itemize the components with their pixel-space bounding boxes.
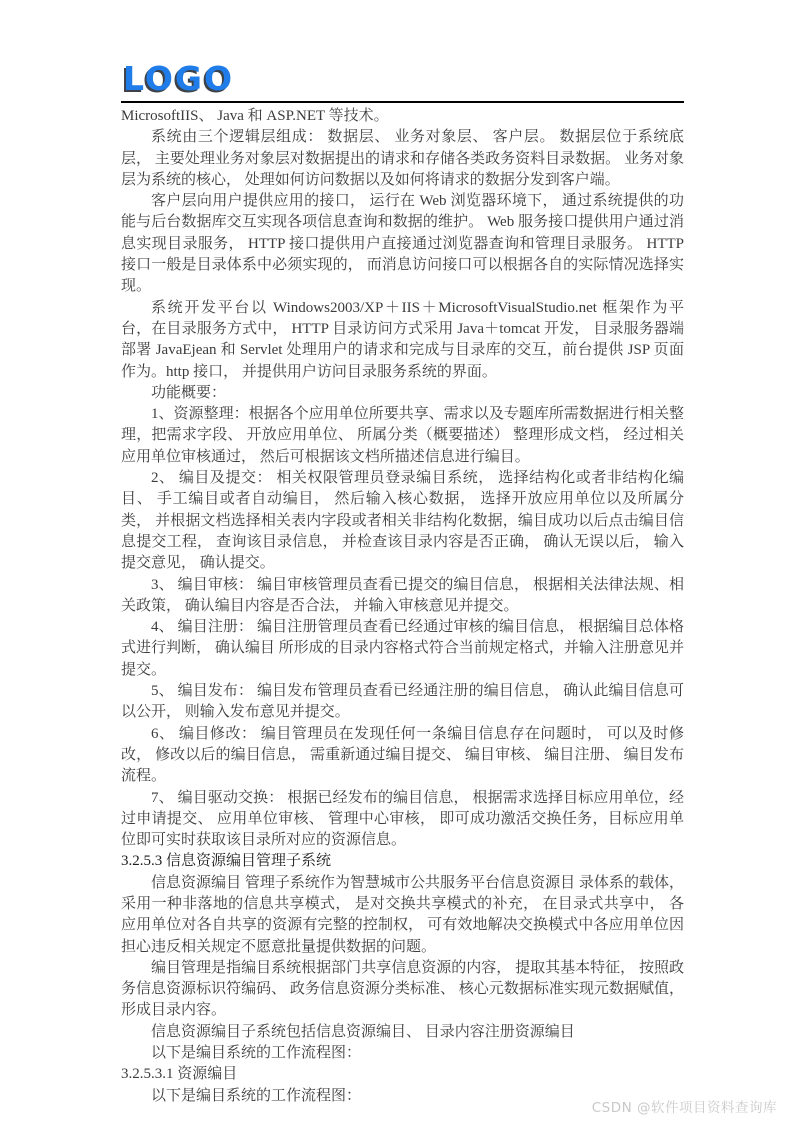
page-header: LOGO bbox=[121, 62, 684, 103]
paragraph-feature-5-catalog-publish: 5、 编目发布： 编目发布管理员查看已经通注册的编目信息， 确认此编目信息可以公… bbox=[121, 681, 684, 724]
paragraph-feature-7-catalog-exchange: 7、 编目驱动交换： 根据已经发布的编目信息， 根据需求选择目标应用单位，经过申… bbox=[121, 788, 684, 852]
header-divider-line bbox=[121, 101, 684, 103]
document-page: LOGO MicrosoftIIS、 Java 和 ASP.NET 等技术。 系… bbox=[0, 0, 800, 1132]
company-logo: LOGO bbox=[121, 62, 684, 95]
paragraph-client-layer: 客户层向用户提供应用的接口， 运行在 Web 浏览器环境下， 通过系统提供的功能… bbox=[121, 191, 684, 297]
section-heading-3-2-5-3-1: 3.2.5.3.1 资源编目 bbox=[121, 1064, 684, 1085]
paragraph-feature-2-catalog-submit: 2、 编目及提交： 相关权限管理员登录编目系统， 选择结构化或者非结构化编目、 … bbox=[121, 468, 684, 574]
paragraph-flowchart-note-1: 以下是编目系统的工作流程图： bbox=[121, 1043, 684, 1064]
paragraph-feature-summary-label: 功能概要： bbox=[121, 383, 684, 404]
watermark-text: CSDN @软件项目资料查询库 bbox=[592, 1100, 777, 1116]
paragraph-feature-1-resource-organize: 1、资源整理：根据各个应用单位所要共享、需求以及专题库所需数据进行相关整理，把需… bbox=[121, 404, 684, 468]
page-content: LOGO MicrosoftIIS、 Java 和 ASP.NET 等技术。 系… bbox=[121, 62, 684, 1107]
paragraph-subsystem-includes: 信息资源编目子系统包括信息资源编目、 目录内容注册资源编目 bbox=[121, 1022, 684, 1043]
paragraph-dev-platform: 系统开发平台以 Windows2003/XP＋IIS＋MicrosoftVisu… bbox=[121, 298, 684, 383]
document-body: MicrosoftIIS、 Java 和 ASP.NET 等技术。 系统由三个逻… bbox=[121, 106, 684, 1107]
watermark: CSDN @软件项目资料查询库 bbox=[592, 1096, 777, 1116]
paragraph-feature-6-catalog-modify: 6、 编目修改： 编目管理员在发现任何一条编目信息存在问题时， 可以及时修改， … bbox=[121, 724, 684, 788]
paragraph-feature-4-catalog-register: 4、 编目注册： 编目注册管理员查看已经通过审核的编目信息， 根据编目总体格式进… bbox=[121, 617, 684, 681]
paragraph-catalog-management-definition: 编目管理是指编目系统根据部门共享信息资源的内容， 提取其基本特征， 按照政务信息… bbox=[121, 958, 684, 1022]
paragraph-system-layers: 系统由三个逻辑层组成： 数据层、 业务对象层、 客户层。 数据层位于系统底层， … bbox=[121, 127, 684, 191]
section-heading-3-2-5-3: 3.2.5.3 信息资源编目管理子系统 bbox=[121, 851, 684, 872]
paragraph-subsystem-intro: 信息资源编目 管理子系统作为智慧城市公共服务平台信息资源目 录体系的载体， 采用… bbox=[121, 873, 684, 958]
paragraph-continuation: MicrosoftIIS、 Java 和 ASP.NET 等技术。 bbox=[121, 106, 684, 127]
paragraph-feature-3-catalog-audit: 3、 编目审核： 编目审核管理员查看已提交的编目信息， 根据相关法律法规、相关政… bbox=[121, 575, 684, 618]
